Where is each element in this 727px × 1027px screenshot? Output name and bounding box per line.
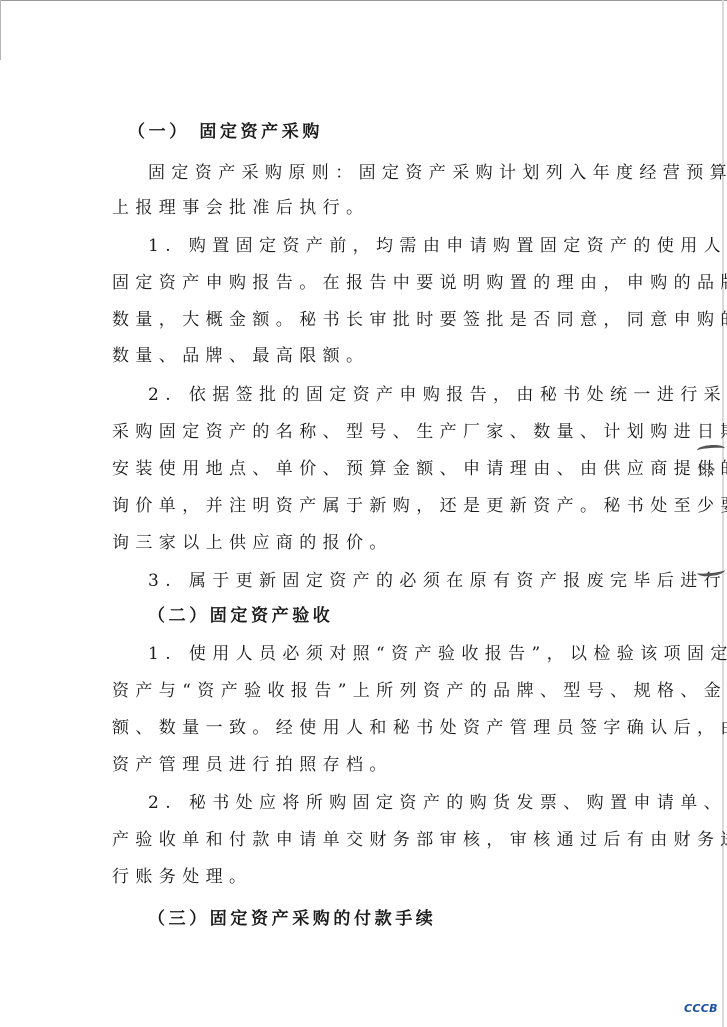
paragraph-line: 上报理事会批准后执行。 bbox=[112, 196, 369, 220]
paragraph-line: 采购固定资产的名称、型号、生产厂家、数量、计划购进日期、 bbox=[112, 420, 727, 444]
section-heading-2: （二）固定资产验收 bbox=[148, 604, 333, 628]
paragraph-line: 询价单，并注明资产属于新购，还是更新资产。秘书处至少要 bbox=[112, 494, 727, 518]
paragraph-line: 1. 购置固定资产前，均需由申请购置固定资产的使用人写 bbox=[148, 234, 727, 258]
paragraph-line: 资产管理员进行拍照存档。 bbox=[112, 753, 393, 777]
paragraph-line: 数量、品牌、最高限额。 bbox=[112, 344, 369, 368]
seal-character: 会 bbox=[695, 461, 720, 478]
paragraph-line: 询三家以上供应商的报价。 bbox=[112, 531, 393, 555]
seal-arc-top bbox=[697, 444, 726, 455]
paragraph-line: 固定资产采购原则：固定资产采购计划列入年度经营预算， bbox=[148, 161, 727, 185]
page-left-edge bbox=[0, 0, 1, 60]
seal-stamp: 会 bbox=[693, 445, 727, 575]
section-heading-3: （三）固定资产采购的付款手续 bbox=[148, 907, 436, 931]
paragraph-line: 固定资产申购报告。在报告中要说明购置的理由，申购的品牌、 bbox=[112, 271, 727, 295]
paragraph-line: 数量，大概金额。秘书长审批时要签批是否同意，同意申购的 bbox=[112, 308, 727, 332]
section-heading-1: （一） 固定资产采购 bbox=[128, 120, 323, 144]
paragraph-line: 3. 属于更新固定资产的必须在原有资产报废完毕后进行。 bbox=[148, 569, 727, 593]
paragraph-line: 1. 使用人员必须对照“资产验收报告”，以检验该项固定 bbox=[148, 642, 727, 666]
watermark-logo: CCCB bbox=[684, 1002, 718, 1015]
paragraph-line: 行账务处理。 bbox=[112, 865, 252, 889]
paragraph-line: 额、数量一致。经使用人和秘书处资产管理员签字确认后，由 bbox=[112, 716, 727, 740]
paragraph-line: 安装使用地点、单价、预算金额、申请理由、由供应商提供的 bbox=[112, 457, 727, 481]
paragraph-line: 2. 依据签批的固定资产申购报告，由秘书处统一进行采购， bbox=[148, 383, 727, 407]
page-top-edge bbox=[0, 0, 727, 1]
paragraph-line: 2. 秘书处应将所购固定资产的购货发票、购置申请单、资 bbox=[148, 791, 727, 815]
paragraph-line: 资产与“资产验收报告”上所列资产的品牌、型号、规格、金 bbox=[112, 679, 727, 703]
paragraph-line: 产验收单和付款申请单交财务部审核，审核通过后有由财务进 bbox=[112, 828, 727, 852]
